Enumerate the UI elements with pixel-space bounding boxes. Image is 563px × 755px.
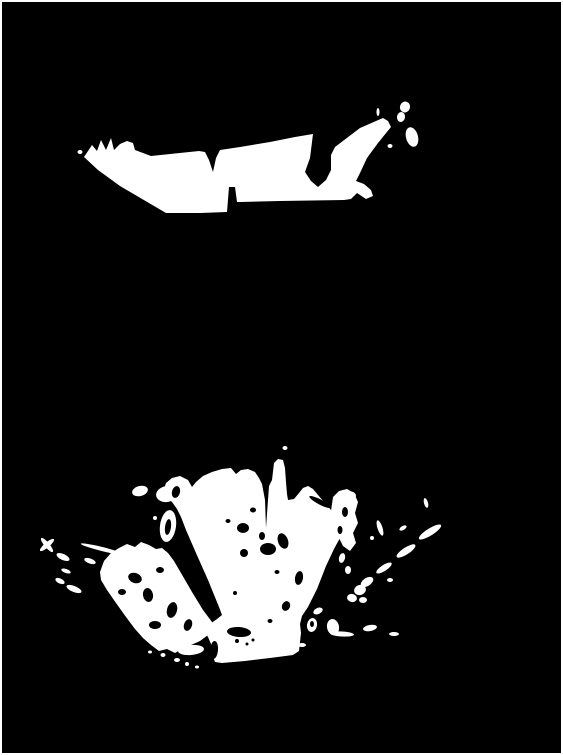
lower-splash-droplet xyxy=(359,597,367,603)
upper-shape-droplet xyxy=(388,144,393,148)
lower-splash-droplet xyxy=(345,566,351,574)
lower-splash-hole xyxy=(226,519,231,523)
lower-splash-droplet xyxy=(298,643,306,647)
lower-splash-hole xyxy=(235,639,239,643)
binary-mask-image xyxy=(0,0,563,755)
lower-splash-droplet xyxy=(148,651,152,654)
lower-splash-droplet xyxy=(195,666,199,669)
lower-splash-droplet xyxy=(185,662,189,666)
upper-shape-droplet xyxy=(78,150,83,154)
lower-splash-droplet xyxy=(161,653,166,657)
lower-splash-hole xyxy=(250,508,256,513)
lower-splash-hole xyxy=(156,567,164,573)
lower-splash-hole xyxy=(275,570,280,574)
lower-splash-hole xyxy=(310,621,314,627)
lower-splash-hole xyxy=(118,589,126,595)
mask-canvas xyxy=(0,0,563,755)
lower-splash-hole xyxy=(246,643,249,646)
upper-shape-droplet xyxy=(377,108,380,116)
lower-splash-hole xyxy=(252,639,255,642)
lower-splash-droplet xyxy=(174,658,180,662)
lower-splash-droplet xyxy=(389,632,399,636)
lower-splash-hole xyxy=(259,532,265,540)
lower-splash-droplet xyxy=(153,516,157,520)
lower-splash-hole xyxy=(240,549,248,557)
lower-splash-hole xyxy=(342,507,348,517)
lower-splash-hole xyxy=(268,619,273,623)
lower-splash-droplet xyxy=(370,536,374,540)
lower-splash-droplet xyxy=(283,446,288,450)
lower-splash-hole xyxy=(237,523,249,533)
lower-splash-droplet xyxy=(387,578,393,582)
lower-splash-droplet xyxy=(346,492,356,501)
lower-splash-hole xyxy=(149,621,161,629)
lower-splash-hole xyxy=(260,543,276,555)
lower-splash-hole xyxy=(233,591,237,595)
lower-splash-hole xyxy=(338,526,343,534)
